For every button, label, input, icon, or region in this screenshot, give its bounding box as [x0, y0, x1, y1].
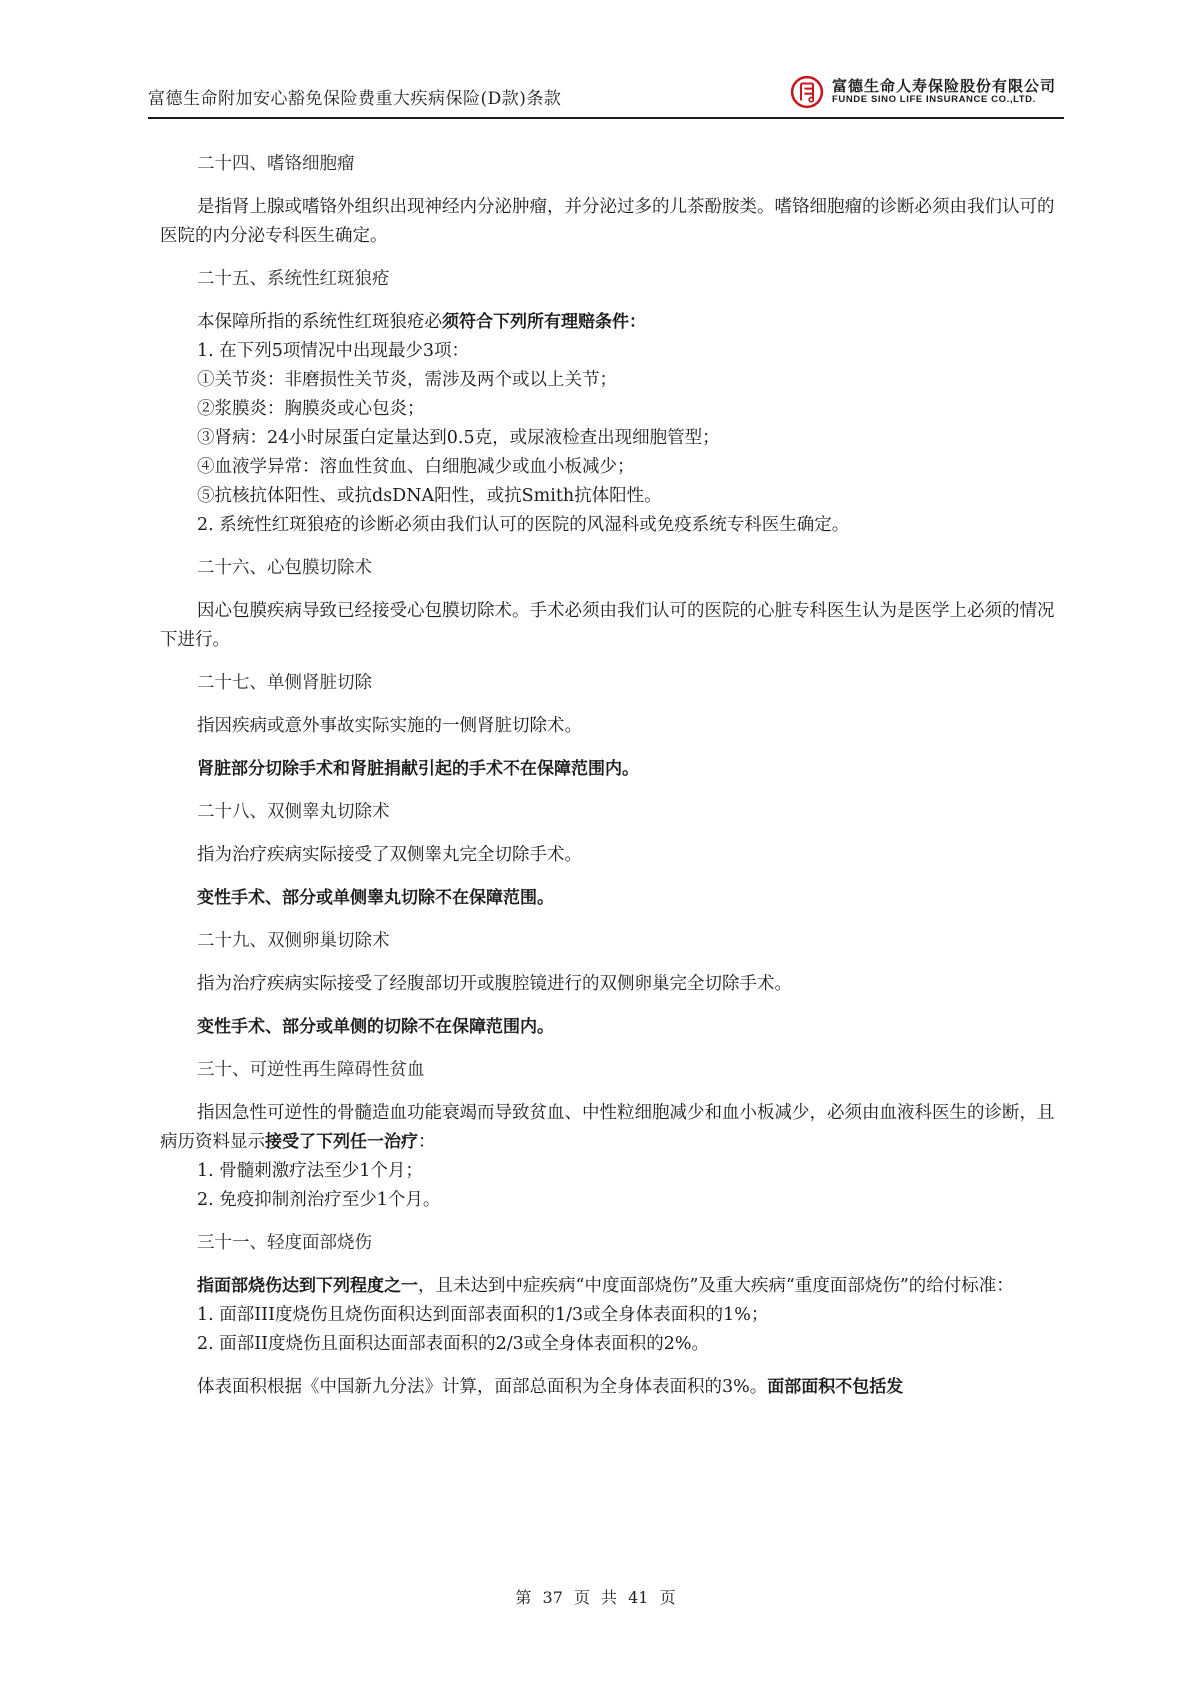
company-logo: 富德生命人寿保险股份有限公司 FUNDE SINO LIFE INSURANCE…: [790, 72, 1056, 112]
intro-bold-text: 指面部烧伤达到下列程度之一: [197, 1276, 418, 1296]
list-item: ④血液学异常：溶血性贫血、白细胞减少或血小板减少；: [160, 453, 1060, 482]
list-item: 2. 系统性红斑狼疮的诊断必须由我们认可的医院的风湿科或免疫系统专科医生确定。: [160, 511, 1060, 540]
section-paragraph: 指因疾病或意外事故实际实施的一侧肾脏切除术。: [160, 712, 1060, 741]
list-item: ⑤抗核抗体阳性、或抗dsDNA阳性，或抗Smith抗体阳性。: [160, 482, 1060, 511]
intro-tail: ：: [418, 1132, 436, 1152]
section-intro: 本保障所指的系统性红斑狼疮必须符合下列所有理赔条件：: [160, 308, 1060, 337]
closing-bold-text: 面部面积不包括发: [767, 1377, 903, 1397]
intro-bold-text: 接受了下列任一治疗: [265, 1132, 418, 1152]
closing-text: 体表面积根据《中国新九分法》计算，面部总面积为全身体表面积的3%。: [197, 1377, 767, 1397]
list-item: 2. 免疫抑制剂治疗至少1个月。: [160, 1186, 1060, 1215]
section-heading: 三十、可逆性再生障碍性贫血: [160, 1056, 1060, 1085]
list-item: 1. 在下列5项情况中出现最少3项：: [160, 337, 1060, 366]
section-intro: 指面部烧伤达到下列程度之一，且未达到中症疾病“中度面部烧伤”及重大疾病“重度面部…: [160, 1272, 1060, 1301]
list-item: ②浆膜炎：胸膜炎或心包炎；: [160, 395, 1060, 424]
section-heading: 二十七、单侧肾脏切除: [160, 669, 1060, 698]
section-paragraph: 因心包膜疾病导致已经接受心包膜切除术。手术必须由我们认可的医院的心脏专科医生认为…: [160, 597, 1060, 655]
page-header: 富德生命附加安心豁免保险费重大疾病保险(D款)条款 富德生命人寿保险股份有限公司…: [148, 72, 1056, 117]
exclusion-note: 变性手术、部分或单侧的切除不在保障范围内。: [160, 1013, 1060, 1042]
exclusion-note: 变性手术、部分或单侧睾丸切除不在保障范围。: [160, 884, 1060, 913]
document-body: 二十四、嗜铬细胞瘤 是指肾上腺或嗜铬外组织出现神经内分泌肿瘤，并分泌过多的儿茶酚…: [160, 150, 1060, 1402]
section-heading: 三十一、轻度面部烧伤: [160, 1229, 1060, 1258]
section-paragraph: 是指肾上腺或嗜铬外组织出现神经内分泌肿瘤，并分泌过多的儿茶酚胺类。嗜铬细胞瘤的诊…: [160, 193, 1060, 251]
intro-text: ，且未达到中症疾病“中度面部烧伤”及重大疾病“重度面部烧伤”的给付标准：: [418, 1276, 1014, 1296]
page-number: 第 37 页 共 41 页: [0, 1585, 1191, 1608]
section-heading: 二十八、双侧睾丸切除术: [160, 798, 1060, 827]
company-name-cn: 富德生命人寿保险股份有限公司: [832, 79, 1056, 95]
exclusion-note: 肾脏部分切除手术和肾脏捐献引起的手术不在保障范围内。: [160, 755, 1060, 784]
list-item: ③肾病：24小时尿蛋白定量达到0.5克，或尿液检查出现细胞管型；: [160, 424, 1060, 453]
section-heading: 二十四、嗜铬细胞瘤: [160, 150, 1060, 179]
section-paragraph: 指为治疗疾病实际接受了经腹部切开或腹腔镜进行的双侧卵巢完全切除手术。: [160, 970, 1060, 999]
intro-bold-text: 须符合下列所有理赔条件：: [442, 312, 646, 332]
section-heading: 二十九、双侧卵巢切除术: [160, 927, 1060, 956]
list-item: 2. 面部II度烧伤且面积达面部表面积的2/3或全身体表面积的2%。: [160, 1330, 1060, 1359]
list-item: 1. 骨髓刺激疗法至少1个月；: [160, 1157, 1060, 1186]
header-divider: [148, 117, 1064, 119]
section-heading: 二十五、系统性红斑狼疮: [160, 265, 1060, 294]
section-intro: 指因急性可逆性的骨髓造血功能衰竭而导致贫血、中性粒细胞减少和血小板减少，必须由血…: [160, 1099, 1060, 1157]
section-paragraph: 指为治疗疾病实际接受了双侧睾丸完全切除手术。: [160, 841, 1060, 870]
document-title: 富德生命附加安心豁免保险费重大疾病保险(D款)条款: [148, 84, 561, 109]
company-name-en: FUNDE SINO LIFE INSURANCE CO.,LTD.: [832, 95, 1056, 105]
list-item: 1. 面部III度烧伤且烧伤面积达到面部表面积的1/3或全身体表面积的1%；: [160, 1301, 1060, 1330]
fude-logo-mark-icon: [790, 75, 824, 109]
list-item: ①关节炎：非磨损性关节炎，需涉及两个或以上关节；: [160, 366, 1060, 395]
section-closing: 体表面积根据《中国新九分法》计算，面部总面积为全身体表面积的3%。面部面积不包括…: [160, 1373, 1060, 1402]
intro-text: 本保障所指的系统性红斑狼疮必: [197, 312, 442, 332]
section-heading: 二十六、心包膜切除术: [160, 554, 1060, 583]
